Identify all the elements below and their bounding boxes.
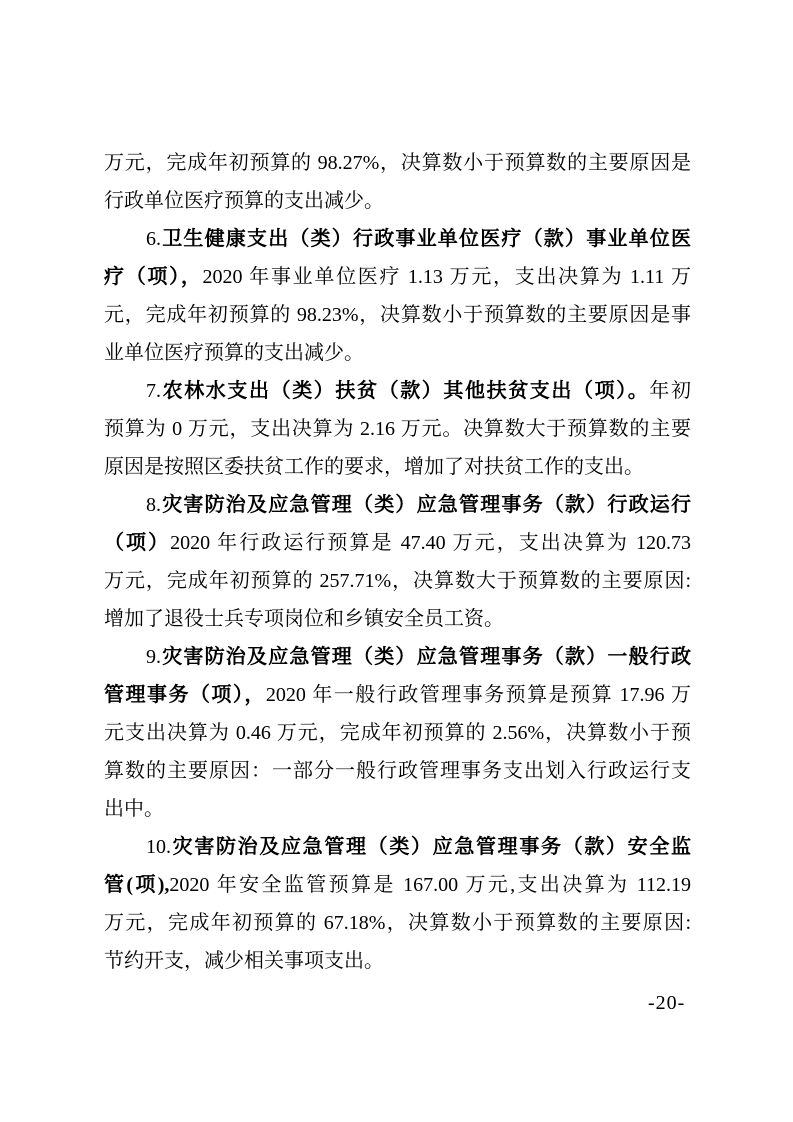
text-line: 6.卫生健康支出（类）行政事业单位医疗（款）事业单位医 [104, 220, 691, 258]
text-line: 节约开支，减少相关事项支出。 [104, 942, 691, 980]
text-segment: 预算为 0 万元，支出决算为 2.16 万元。决算数大于预算数的主要 [104, 418, 691, 440]
text-segment: 节约开支，减少相关事项支出。 [104, 950, 384, 972]
text-segment: 2020 年安全监管预算是 167.00 万元,支出决算为 112.19 [169, 874, 691, 896]
text-segment: 10. [146, 836, 171, 858]
text-line: 行政单位医疗预算的支出减少。 [104, 182, 691, 220]
text-segment: 算数的主要原因：一部分一般行政管理事务支出划入行政运行支 [104, 760, 691, 782]
text-line: 增加了退役士兵专项岗位和乡镇安全员工资。 [104, 600, 691, 638]
text-segment: 元，完成年初预算的 98.23%，决算数小于预算数的主要原因是事 [104, 304, 691, 326]
text-segment: 增加了退役士兵专项岗位和乡镇安全员工资。 [104, 608, 504, 630]
text-line: 万元，完成年初预算的 98.27%，决算数小于预算数的主要原因是 [104, 144, 691, 182]
bold-text-segment: 农林水支出（类）扶贫（款）其他扶贫支出（项）。 [161, 380, 649, 402]
text-line: 10.灾害防治及应急管理（类）应急管理事务（款）安全监 [104, 828, 691, 866]
text-line: 元，完成年初预算的 98.23%，决算数小于预算数的主要原因是事 [104, 296, 691, 334]
text-segment: 2020 年事业单位医疗 1.13 万元，支出决算为 1.11 万 [203, 266, 691, 288]
document-page: 万元，完成年初预算的 98.27%，决算数小于预算数的主要原因是行政单位医疗预算… [0, 0, 793, 1122]
bold-text-segment: 灾害防治及应急管理（类）应急管理事务（款）一般行政 [161, 646, 691, 668]
bold-text-segment: 疗（项）， [104, 266, 203, 288]
text-segment: 业单位医疗预算的支出减少。 [104, 342, 364, 364]
bold-text-segment: 灾害防治及应急管理（类）应急管理事务（款）安全监 [171, 836, 691, 858]
text-line: 原因是按照区委扶贫工作的要求，增加了对扶贫工作的支出。 [104, 448, 691, 486]
text-line: 管理事务（项），2020 年一般行政管理事务预算是预算 17.96 万 [104, 676, 691, 714]
bold-text-segment: （项） [104, 532, 170, 554]
text-line: 出中。 [104, 790, 691, 828]
text-line: 万元，完成年初预算的 67.18%，决算数小于预算数的主要原因: [104, 904, 691, 942]
text-segment: 2020 年行政运行预算是 47.40 万元，支出决算为 120.73 [170, 532, 691, 554]
text-segment: 万元，完成年初预算的 257.71%，决算数大于预算数的主要原因: [104, 570, 691, 592]
bold-text-segment: 管理事务（项）， [104, 684, 266, 706]
text-line: （项）2020 年行政运行预算是 47.40 万元，支出决算为 120.73 [104, 524, 691, 562]
text-line: 预算为 0 万元，支出决算为 2.16 万元。决算数大于预算数的主要 [104, 410, 691, 448]
text-segment: 9. [146, 646, 161, 668]
bold-text-segment: 管(项), [104, 874, 169, 896]
text-line: 万元，完成年初预算的 257.71%，决算数大于预算数的主要原因: [104, 562, 691, 600]
text-line: 元支出决算为 0.46 万元，完成年初预算的 2.56%，决算数小于预 [104, 714, 691, 752]
text-line: 业单位医疗预算的支出减少。 [104, 334, 691, 372]
text-line: 疗（项），2020 年事业单位医疗 1.13 万元，支出决算为 1.11 万 [104, 258, 691, 296]
bold-text-segment: 卫生健康支出（类）行政事业单位医疗（款）事业单位医 [161, 228, 691, 250]
text-line: 算数的主要原因：一部分一般行政管理事务支出划入行政运行支 [104, 752, 691, 790]
document-body: 万元，完成年初预算的 98.27%，决算数小于预算数的主要原因是行政单位医疗预算… [104, 144, 691, 980]
text-segment: 万元，完成年初预算的 98.27%，决算数小于预算数的主要原因是 [104, 152, 691, 174]
text-line: 7.农林水支出（类）扶贫（款）其他扶贫支出（项）。年初 [104, 372, 691, 410]
bold-text-segment: 灾害防治及应急管理（类）应急管理事务（款）行政运行 [161, 494, 691, 516]
text-segment: 7. [146, 380, 161, 402]
text-segment: 8. [146, 494, 161, 516]
page-number: -20- [648, 988, 708, 1018]
text-segment: 万元，完成年初预算的 67.18%，决算数小于预算数的主要原因: [104, 912, 691, 934]
text-segment: 元支出决算为 0.46 万元，完成年初预算的 2.56%，决算数小于预 [104, 722, 691, 744]
text-segment: 2020 年一般行政管理事务预算是预算 17.96 万 [266, 684, 691, 706]
text-line: 管(项),2020 年安全监管预算是 167.00 万元,支出决算为 112.1… [104, 866, 691, 904]
text-segment: 6. [146, 228, 161, 250]
text-segment: 行政单位医疗预算的支出减少。 [104, 190, 384, 212]
text-segment: 原因是按照区委扶贫工作的要求，增加了对扶贫工作的支出。 [104, 456, 644, 478]
text-line: 8.灾害防治及应急管理（类）应急管理事务（款）行政运行 [104, 486, 691, 524]
text-segment: 出中。 [104, 798, 164, 820]
text-segment: 年初 [649, 380, 691, 402]
text-line: 9.灾害防治及应急管理（类）应急管理事务（款）一般行政 [104, 638, 691, 676]
